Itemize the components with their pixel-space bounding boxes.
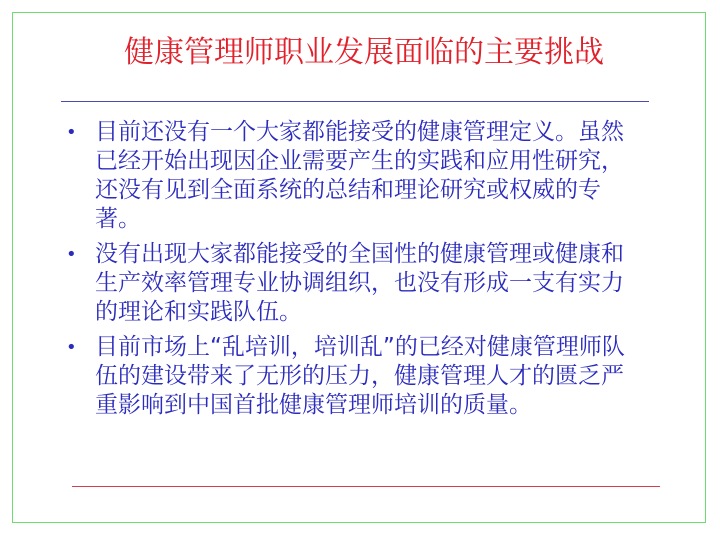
bullet-dot-icon: • xyxy=(66,333,78,362)
bullet-item: • 目前还没有一个大家都能接受的健康管理定义。虽然已经开始出现因企业需要产生的实… xyxy=(66,118,646,234)
bullet-item: • 没有出现大家都能接受的全国性的健康管理或健康和生产效率管理专业协调组织，也没… xyxy=(66,240,646,327)
slide-title: 健康管理师职业发展面临的主要挑战 xyxy=(0,27,720,71)
slide-title-text: 健康管理师职业发展面临的主要挑战 xyxy=(116,27,604,71)
bullet-text: 没有出现大家都能接受的全国性的健康管理或健康和生产效率管理专业协调组织，也没有形… xyxy=(95,240,646,327)
bullet-text: 目前市场上“乱培训，培训乱”的已经对健康管理师队伍的建设带来了无形的压力，健康管… xyxy=(95,333,646,420)
bullet-dot-icon: • xyxy=(66,240,78,269)
bullet-item: • 目前市场上“乱培训，培训乱”的已经对健康管理师队伍的建设带来了无形的压力，健… xyxy=(66,333,646,420)
footer-divider xyxy=(72,486,660,487)
bullet-text: 目前还没有一个大家都能接受的健康管理定义。虽然已经开始出现因企业需要产生的实践和… xyxy=(95,118,646,234)
bullet-list: • 目前还没有一个大家都能接受的健康管理定义。虽然已经开始出现因企业需要产生的实… xyxy=(66,118,646,426)
bullet-dot-icon: • xyxy=(66,118,78,147)
title-divider xyxy=(61,101,649,102)
